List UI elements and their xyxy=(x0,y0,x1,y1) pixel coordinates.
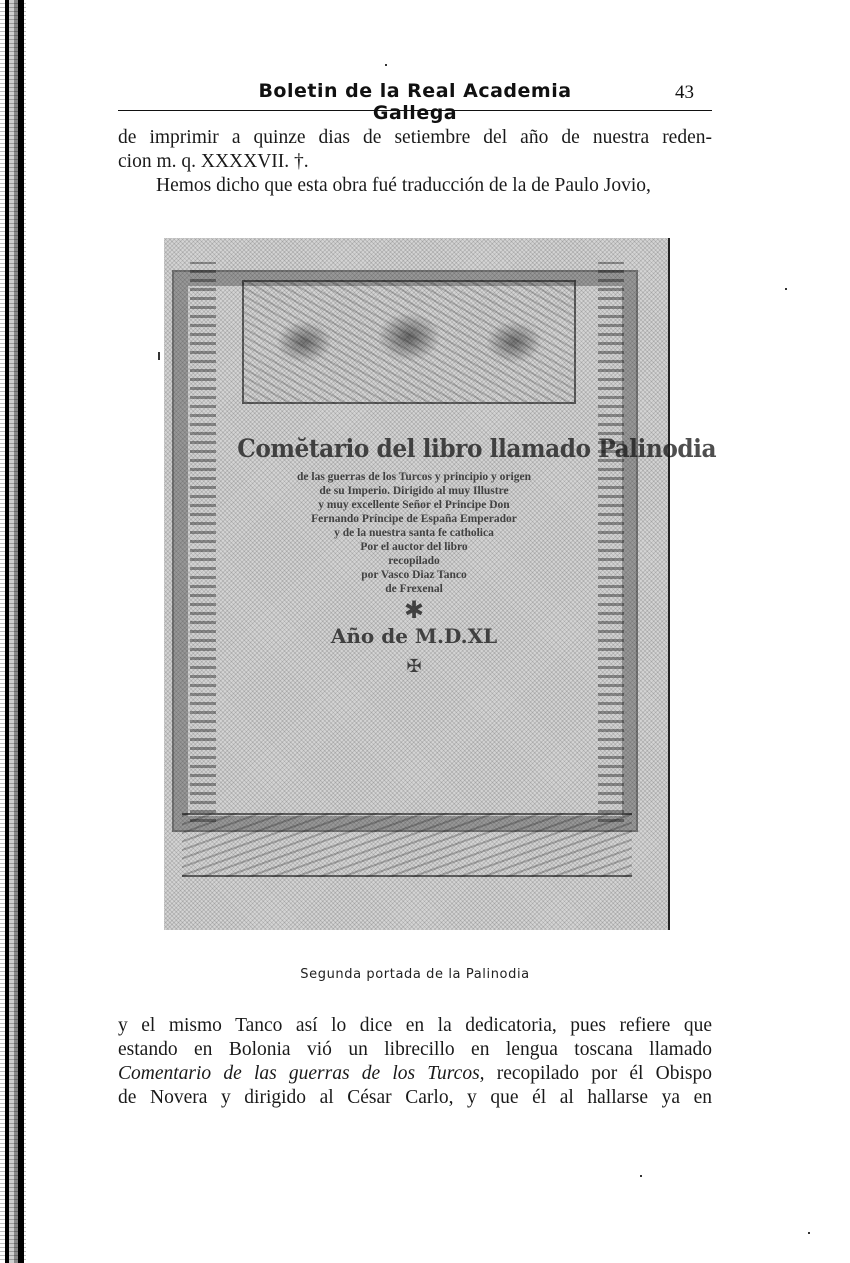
paragraph-1: de imprimir a quinze dias de setiembre d… xyxy=(118,126,712,174)
text-line-with-italic-title: Comentario de las guerras de los Turcos,… xyxy=(118,1062,712,1086)
running-head: Boletin de la Real Academia Gallega 43 xyxy=(118,78,712,111)
page-number: 43 xyxy=(675,82,694,104)
engraving-title: Comĕtario del libro llamado Palinodia xyxy=(237,434,590,463)
text-line: de imprimir a quinze dias de setiembre d… xyxy=(118,126,712,150)
engraving-line: por Vasco Diaz Tanco xyxy=(224,568,604,582)
page-binding-edge xyxy=(0,0,26,1263)
title-page-engraving: Comĕtario del libro llamado Palinodia de… xyxy=(164,238,670,930)
paragraph-2: Hemos dicho que esta obra fué traducción… xyxy=(118,174,712,198)
top-ornament-panel xyxy=(242,280,576,404)
scan-speck xyxy=(785,288,787,290)
scan-speck xyxy=(808,1232,810,1234)
text-line: y el mismo Tanco así lo dice en la dedic… xyxy=(118,1014,712,1038)
paragraph-3: y el mismo Tanco así lo dice en la dedic… xyxy=(118,1014,712,1110)
engraving-line: y de la nuestra santa fe catholica xyxy=(224,526,604,540)
bottom-ornament-panel xyxy=(182,813,632,877)
italic-book-title: Comentario de las guerras de los Turcos, xyxy=(118,1063,485,1084)
text-fragment: recopilado por él Obispo xyxy=(485,1063,712,1084)
text-line: cion m. q. XXXXVII. †. xyxy=(118,150,712,174)
cross-ornament-icon: ✠ xyxy=(224,656,604,677)
engraving-line: de su Imperio. Dirigido al muy Illustre xyxy=(224,484,604,498)
engraving-line: de las guerras de los Turcos y principio… xyxy=(224,470,604,484)
scan-speck xyxy=(640,1175,642,1177)
text-line: de Novera y dirigido al César Carlo, y q… xyxy=(118,1086,712,1110)
scan-speck xyxy=(385,64,387,66)
left-ornament-column xyxy=(190,262,216,822)
asterisk-ornament-icon: ✱ xyxy=(224,596,604,625)
engraving-line: Fernando Príncipe de España Emperador xyxy=(224,512,604,526)
scan-speck xyxy=(158,352,160,360)
figure-caption: Segunda portada de la Palinodia xyxy=(118,967,712,982)
engraving-body: de las guerras de los Turcos y principio… xyxy=(224,470,604,596)
engraving-line: y muy excellente Señor el Principe Don xyxy=(224,498,604,512)
journal-title: Boletin de la Real Academia Gallega xyxy=(240,80,590,124)
engraving-line: de Frexenal xyxy=(224,582,604,596)
engraving-line: recopilado xyxy=(224,554,604,568)
text-line: Hemos dicho que esta obra fué traducción… xyxy=(118,174,712,198)
engraving-line: Por el auctor del libro xyxy=(224,540,604,554)
engraving-year: Año de M.D.XL xyxy=(224,624,604,648)
text-line: estando en Bolonia vió un librecillo en … xyxy=(118,1038,712,1062)
